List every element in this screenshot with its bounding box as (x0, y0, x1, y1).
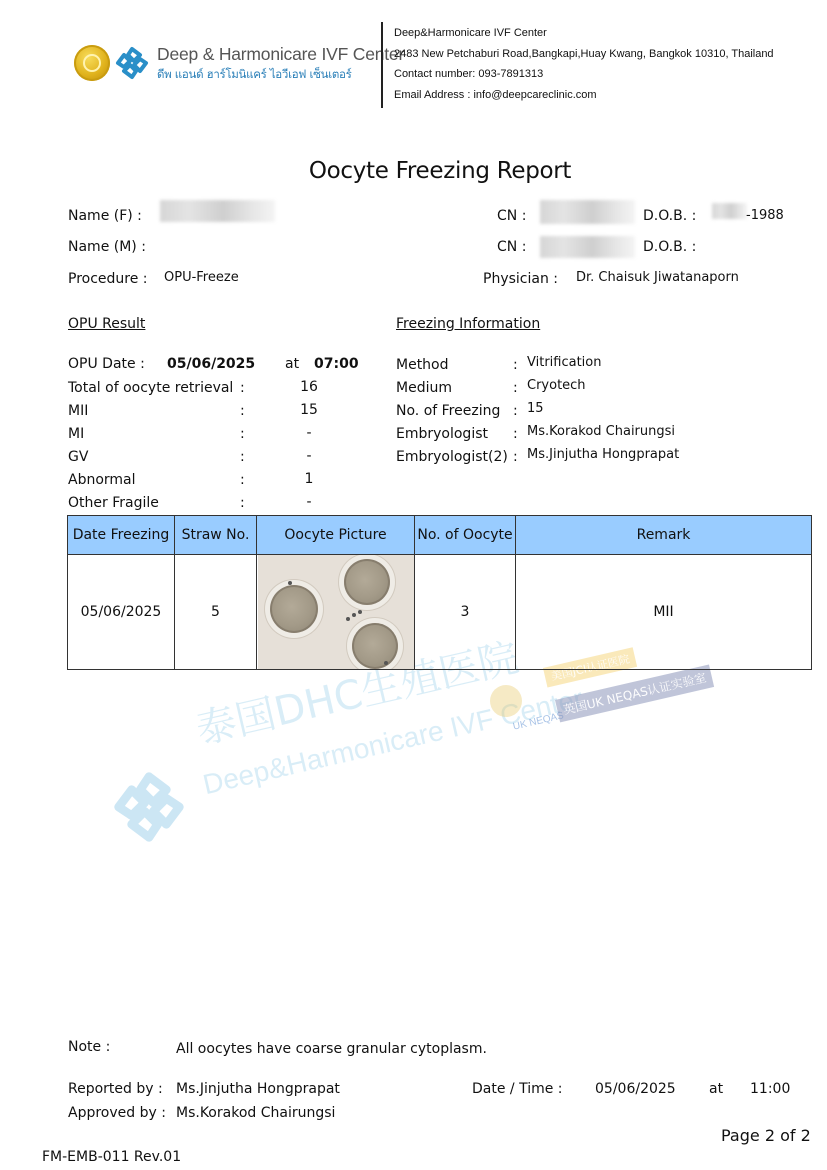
opu-row-label: Abnormal (68, 472, 136, 488)
opu-row-value: - (280, 425, 338, 441)
freezing-row-label: Embryologist (396, 426, 488, 442)
note-label: Note : (68, 1039, 110, 1055)
freezing-row-value: 15 (527, 401, 544, 416)
freezing-row-label: Medium (396, 380, 452, 396)
oocyte-micrograph-image (258, 555, 414, 669)
freezing-row-label: No. of Freezing (396, 403, 500, 419)
dob-m-label: D.O.B. : (643, 239, 696, 255)
freezing-row-value: Ms.Korakod Chairungsi (527, 424, 675, 439)
cn-m-value-redacted (540, 236, 635, 258)
opu-result-heading: OPU Result (68, 316, 145, 332)
freezing-row-value: Ms.Jinjutha Hongprapat (527, 447, 679, 462)
freezing-row-colon: : (513, 449, 518, 465)
dob-f-redacted (712, 203, 747, 219)
opu-row-value: 16 (280, 379, 338, 395)
opu-row-value: 15 (280, 402, 338, 418)
clinic-email: Email Address : info@deepcareclinic.com (394, 89, 597, 101)
name-f-value-redacted (160, 200, 275, 222)
header-straw-no: Straw No. (175, 516, 257, 555)
freezing-row-colon: : (513, 403, 518, 419)
jci-seal-icon (74, 45, 110, 81)
reported-by-label: Reported by : (68, 1081, 163, 1097)
opu-row-value: - (280, 448, 338, 464)
opu-row-colon: : (240, 495, 245, 511)
opu-row-colon: : (240, 472, 245, 488)
opu-date-label: OPU Date : (68, 356, 145, 372)
page-number: Page 2 of 2 (721, 1126, 811, 1145)
name-f-label: Name (F) : (68, 208, 142, 224)
reported-by-value: Ms.Jinjutha Hongprapat (176, 1081, 340, 1097)
opu-row-colon: : (240, 426, 245, 442)
opu-row-value: - (280, 494, 338, 510)
header-remark: Remark (516, 516, 812, 555)
freezing-row-colon: : (513, 357, 518, 373)
cell-remark: MII (516, 555, 812, 670)
watermark-english-text: Deep&Harmonicare IVF Center (200, 682, 586, 801)
watermark-neqas-badge: 英国UK NEQAS认证实验室 (555, 664, 714, 722)
opu-at-label: at (285, 356, 299, 372)
approved-by-label: Approved by : (68, 1105, 166, 1121)
freezing-table: Date Freezing Straw No. Oocyte Picture N… (67, 515, 812, 670)
opu-date-value: 05/06/2025 (167, 356, 255, 372)
opu-row-colon: : (240, 449, 245, 465)
table-header-row: Date Freezing Straw No. Oocyte Picture N… (68, 516, 812, 555)
dob-f-value: -1988 (746, 208, 784, 223)
procedure-label: Procedure : (68, 271, 148, 287)
clinic-name: Deep&Harmonicare IVF Center (394, 27, 547, 39)
freezing-row-value: Vitrification (527, 355, 601, 370)
freezing-row-value: Cryotech (527, 378, 586, 393)
freezing-row-colon: : (513, 380, 518, 396)
report-date-value: 05/06/2025 (595, 1081, 676, 1097)
opu-row-colon: : (240, 403, 245, 419)
cell-oocyte-picture (257, 555, 415, 670)
datetime-label: Date / Time : (472, 1081, 563, 1097)
report-title: Oocyte Freezing Report (0, 158, 827, 184)
physician-label: Physician : (483, 271, 558, 287)
name-m-label: Name (M) : (68, 239, 146, 255)
clinic-contact: Contact number: 093-7891313 (394, 68, 543, 80)
opu-row-label: MI (68, 426, 84, 442)
report-time-value: 11:00 (750, 1081, 790, 1097)
opu-row-label: Other Fragile (68, 495, 159, 511)
cn-f-value-redacted (540, 200, 635, 224)
procedure-value: OPU-Freeze (164, 270, 239, 285)
freezing-row-colon: : (513, 426, 518, 442)
dob-f-label: D.O.B. : (643, 208, 696, 224)
opu-row-colon: : (240, 380, 245, 396)
approved-by-value: Ms.Korakod Chairungsi (176, 1105, 335, 1121)
opu-row-value: 1 (280, 471, 338, 487)
report-at-label: at (709, 1081, 723, 1097)
clinic-flower-logo-icon (114, 45, 150, 81)
header-divider (381, 22, 383, 108)
brand-name-th: ดีพ แอนด์ ฮาร์โมนิแคร์ ไอวีเอฟ เซ็นเตอร์ (157, 66, 351, 84)
freezing-row-label: Embryologist(2) (396, 449, 508, 465)
opu-row-label: MII (68, 403, 88, 419)
watermark-ukneqas-text: UK NEQAS (512, 710, 565, 732)
cell-straw-no: 5 (175, 555, 257, 670)
note-value: All oocytes have coarse granular cytopla… (176, 1041, 487, 1057)
cn-m-label: CN : (497, 239, 526, 255)
freezing-row-label: Method (396, 357, 449, 373)
opu-row-label: Total of oocyte retrieval (68, 380, 233, 396)
cell-no-of-oocyte: 3 (415, 555, 516, 670)
opu-row-label: GV (68, 449, 88, 465)
clinic-address: 2483 New Petchaburi Road,Bangkapi,Huay K… (394, 48, 774, 60)
cn-f-label: CN : (497, 208, 526, 224)
cell-date-freezing: 05/06/2025 (68, 555, 175, 670)
table-row: 05/06/2025 5 3 MII (68, 555, 812, 670)
watermark-flower-icon (110, 768, 188, 846)
form-code: FM-EMB-011 Rev.01 (42, 1149, 181, 1165)
header-oocyte-picture: Oocyte Picture (257, 516, 415, 555)
physician-value: Dr. Chaisuk Jiwatanaporn (576, 270, 739, 285)
watermark-seal-icon (490, 685, 522, 717)
header-date-freezing: Date Freezing (68, 516, 175, 555)
freezing-info-heading: Freezing Information (396, 316, 540, 332)
brand-name-en: Deep & Harmonicare IVF Center (157, 44, 404, 65)
opu-time-value: 07:00 (314, 356, 359, 372)
header-no-of-oocyte: No. of Oocyte (415, 516, 516, 555)
